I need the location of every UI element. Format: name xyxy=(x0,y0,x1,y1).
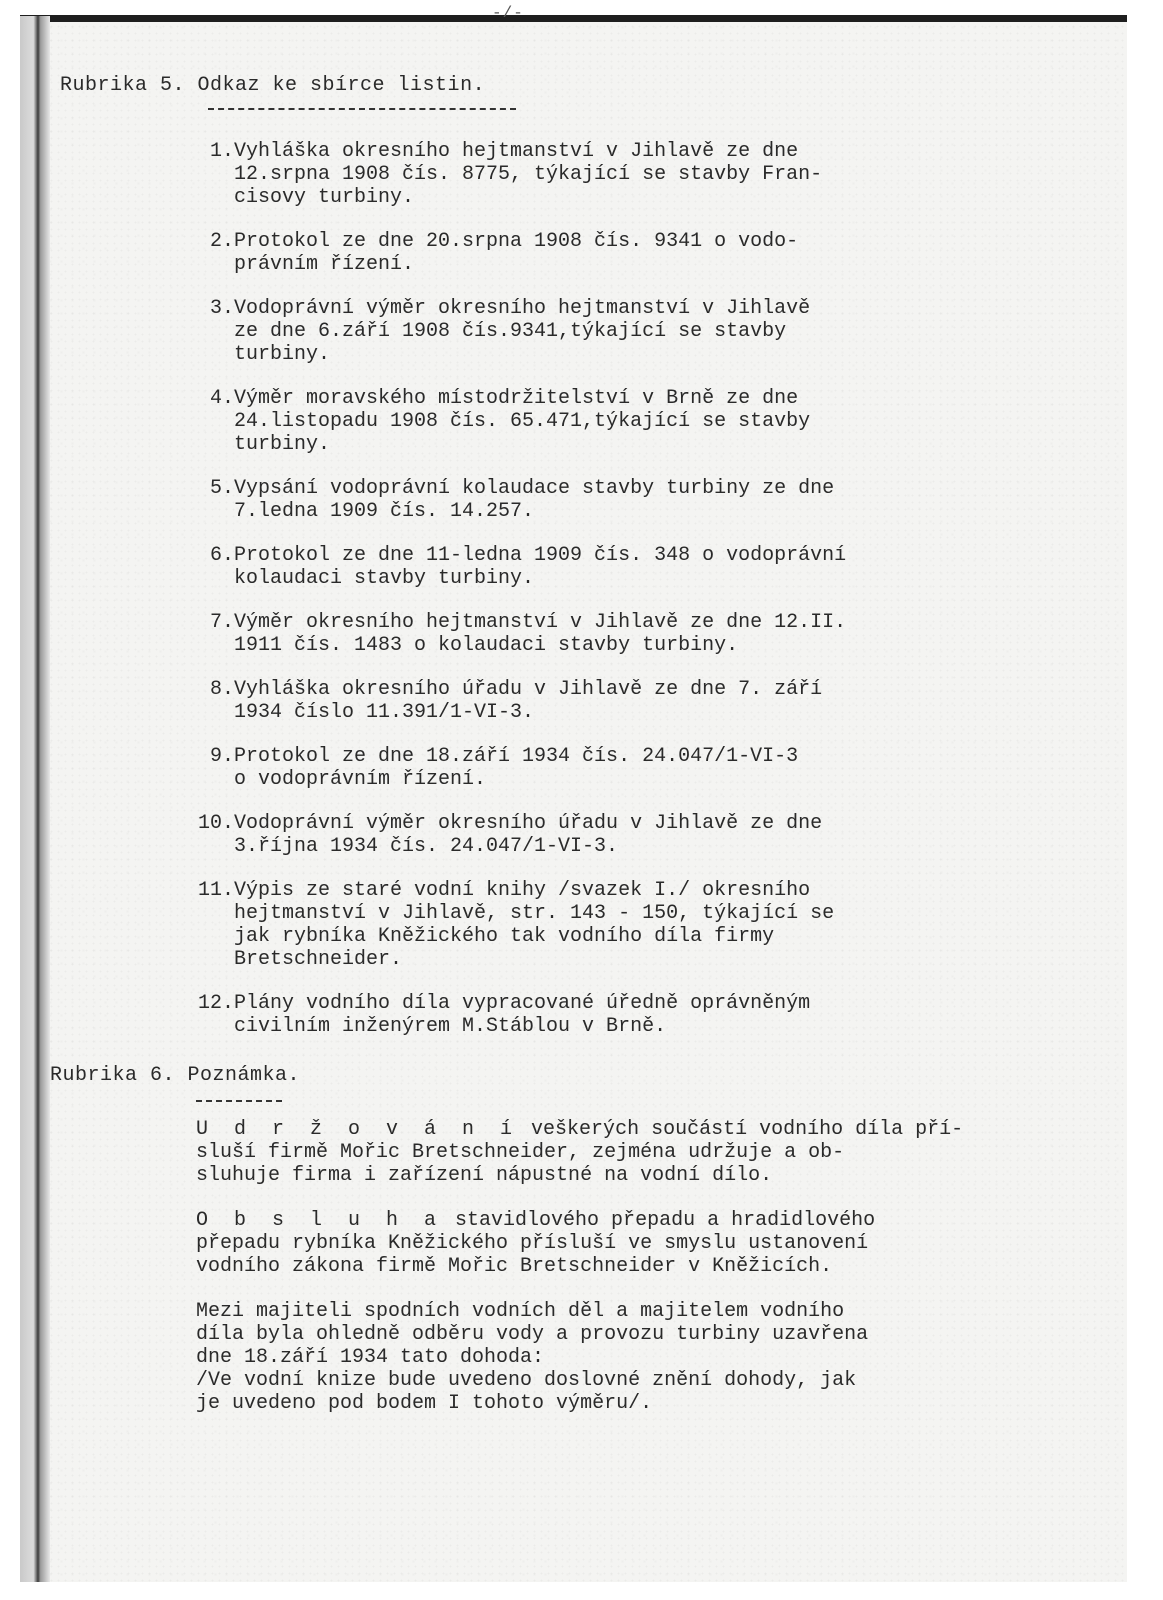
page-number: -/- xyxy=(492,4,524,22)
item-text: Vodoprávní výměr okresního hejtmanství v… xyxy=(234,297,956,366)
item-number: 4. xyxy=(196,387,234,456)
item-number: 11. xyxy=(196,879,234,971)
item-text: Protokol ze dne 20.srpna 1908 čís. 9341 … xyxy=(234,230,956,276)
item-text: Protokol ze dne 11-ledna 1909 čís. 348 o… xyxy=(234,544,956,590)
item-text: Protokol ze dne 18.září 1934 čís. 24.047… xyxy=(234,745,956,791)
item-text: Vodoprávní výměr okresního úřadu v Jihla… xyxy=(234,812,956,858)
item-number: 8. xyxy=(196,678,234,724)
list-item: 10. Vodoprávní výměr okresního úřadu v J… xyxy=(196,812,956,858)
note-text: Mezi majiteli spodních vodních děl a maj… xyxy=(196,1300,868,1415)
item-number: 1. xyxy=(196,140,234,209)
scan-top-edge xyxy=(20,15,1127,22)
section-heading-rubrika-5: Rubrika 5. Odkaz ke sbírce listin. xyxy=(60,74,485,97)
item-number: 7. xyxy=(196,611,234,657)
list-item: 12. Plány vodního díla vypracované úředn… xyxy=(196,992,956,1038)
list-item: 4. Výměr moravského místodržitelství v B… xyxy=(196,387,956,456)
item-number: 6. xyxy=(196,544,234,590)
item-number: 2. xyxy=(196,230,234,276)
list-item: 7. Výměr okresního hejtmanství v Jihlavě… xyxy=(196,611,956,657)
heading-underline xyxy=(196,1100,282,1104)
note-lead: U d r ž o v á n í xyxy=(196,1118,519,1141)
item-number: 3. xyxy=(196,297,234,366)
item-number: 9. xyxy=(196,745,234,791)
list-item: 8. Vyhláška okresního úřadu v Jihlavě ze… xyxy=(196,678,956,724)
list-item: 9. Protokol ze dne 18.září 1934 čís. 24.… xyxy=(196,745,956,791)
note-paragraph: O b s l u h a stavidlového přepadu a hra… xyxy=(196,1209,966,1278)
item-text: Vyhláška okresního úřadu v Jihlavě ze dn… xyxy=(234,678,956,724)
item-number: 5. xyxy=(196,477,234,523)
heading-underline xyxy=(208,108,516,112)
item-text: Výpis ze staré vodní knihy /svazek I./ o… xyxy=(234,879,956,971)
note-lead: O b s l u h a xyxy=(196,1209,443,1232)
list-item: 2. Protokol ze dne 20.srpna 1908 čís. 93… xyxy=(196,230,956,276)
list-item: 6. Protokol ze dne 11-ledna 1909 čís. 34… xyxy=(196,544,956,590)
binding-edge xyxy=(20,16,50,1582)
document-list: 1. Vyhláška okresního hejtmanství v Jihl… xyxy=(196,140,956,1059)
notes-section: U d r ž o v á n í veškerých součástí vod… xyxy=(196,1118,966,1437)
item-number: 10. xyxy=(196,812,234,858)
item-text: Vypsání vodoprávní kolaudace stavby turb… xyxy=(234,477,956,523)
item-text: Vyhláška okresního hejtmanství v Jihlavě… xyxy=(234,140,956,209)
list-item: 3. Vodoprávní výměr okresního hejtmanstv… xyxy=(196,297,956,366)
list-item: 5. Vypsání vodoprávní kolaudace stavby t… xyxy=(196,477,956,523)
item-text: Výměr moravského místodržitelství v Brně… xyxy=(234,387,956,456)
list-item: 1. Vyhláška okresního hejtmanství v Jihl… xyxy=(196,140,956,209)
note-paragraph: U d r ž o v á n í veškerých součástí vod… xyxy=(196,1118,966,1187)
section-heading-rubrika-6: Rubrika 6. Poznámka. xyxy=(50,1064,300,1087)
list-item: 11. Výpis ze staré vodní knihy /svazek I… xyxy=(196,879,956,971)
item-number: 12. xyxy=(196,992,234,1038)
note-paragraph: Mezi majiteli spodních vodních děl a maj… xyxy=(196,1300,966,1415)
item-text: Plány vodního díla vypracované úředně op… xyxy=(234,992,956,1038)
item-text: Výměr okresního hejtmanství v Jihlavě ze… xyxy=(234,611,956,657)
